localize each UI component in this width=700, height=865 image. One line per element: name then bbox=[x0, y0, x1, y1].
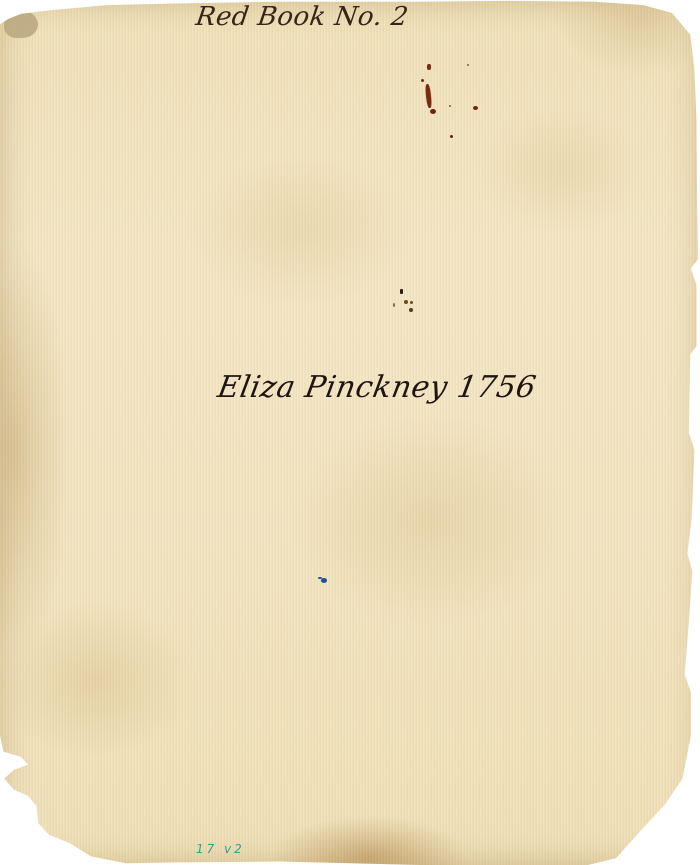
bottom-pencil-marks: 17 v2 bbox=[196, 842, 245, 856]
header-inscription: Red Book No. 2 bbox=[194, 2, 411, 32]
paper-edge-staining bbox=[0, 0, 700, 865]
title-signature: Eliza Pinckney 1756 bbox=[215, 370, 539, 405]
manuscript-page: Red Book No. 2 Eliza Pinckney 1756 17 v2 bbox=[0, 0, 700, 865]
torn-corner-fragment bbox=[4, 10, 38, 38]
